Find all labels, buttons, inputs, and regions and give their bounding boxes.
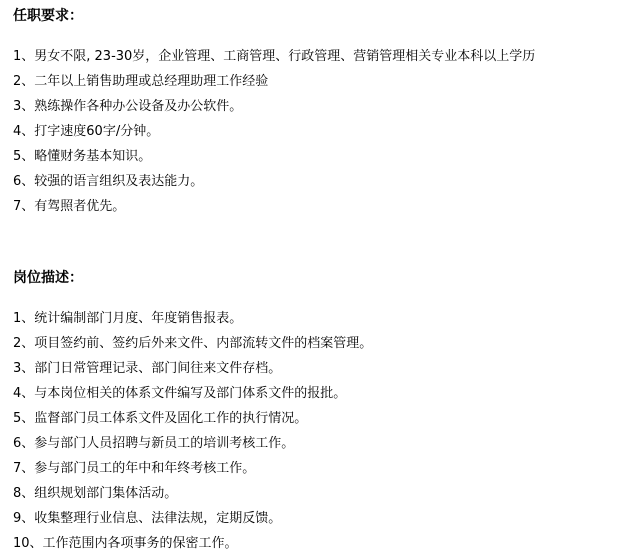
requirement-item-4: 4、打字速度60字/分钟。: [13, 119, 619, 144]
section-title-requirements: 任职要求：: [13, 8, 619, 24]
requirement-item-1: 1、男女不限, 23-30岁，企业管理、工商管理、行政管理、营销管理相关专业本科…: [13, 44, 619, 69]
job-posting-document: 任职要求： 1、男女不限, 23-30岁，企业管理、工商管理、行政管理、营销管理…: [0, 0, 629, 560]
duty-item-4: 4、与本岗位相关的体系文件编写及部门体系文件的报批。: [13, 381, 619, 406]
duty-item-9: 9、收集整理行业信息、法律法规，定期反馈。: [13, 506, 619, 531]
duty-item-1: 1、统计编制部门月度、年度销售报表。: [13, 306, 619, 331]
duty-item-7: 7、参与部门员工的年中和年终考核工作。: [13, 456, 619, 481]
requirement-item-2: 2、二年以上销售助理或总经理助理工作经验: [13, 69, 619, 94]
duty-item-6: 6、参与部门人员招聘与新员工的培训考核工作。: [13, 431, 619, 456]
requirements-list: 1、男女不限, 23-30岁，企业管理、工商管理、行政管理、营销管理相关专业本科…: [13, 44, 619, 219]
section-duties: 岗位描述： 1、统计编制部门月度、年度销售报表。 2、项目签约前、签约后外来文件…: [13, 270, 619, 556]
requirement-item-6: 6、较强的语言组织及表达能力。: [13, 169, 619, 194]
requirement-item-7: 7、有驾照者优先。: [13, 194, 619, 219]
requirement-item-3: 3、熟练操作各种办公设备及办公软件。: [13, 94, 619, 119]
duties-list: 1、统计编制部门月度、年度销售报表。 2、项目签约前、签约后外来文件、内部流转文…: [13, 306, 619, 556]
duty-item-5: 5、监督部门员工体系文件及固化工作的执行情况。: [13, 406, 619, 431]
duty-item-10: 10、工作范围内各项事务的保密工作。: [13, 531, 619, 556]
duty-item-3: 3、部门日常管理记录、部门间往来文件存档。: [13, 356, 619, 381]
requirement-item-5: 5、略懂财务基本知识。: [13, 144, 619, 169]
section-requirements: 任职要求： 1、男女不限, 23-30岁，企业管理、工商管理、行政管理、营销管理…: [13, 8, 619, 219]
duty-item-8: 8、组织规划部门集体活动。: [13, 481, 619, 506]
duty-item-2: 2、项目签约前、签约后外来文件、内部流转文件的档案管理。: [13, 331, 619, 356]
section-title-duties: 岗位描述：: [13, 270, 619, 286]
